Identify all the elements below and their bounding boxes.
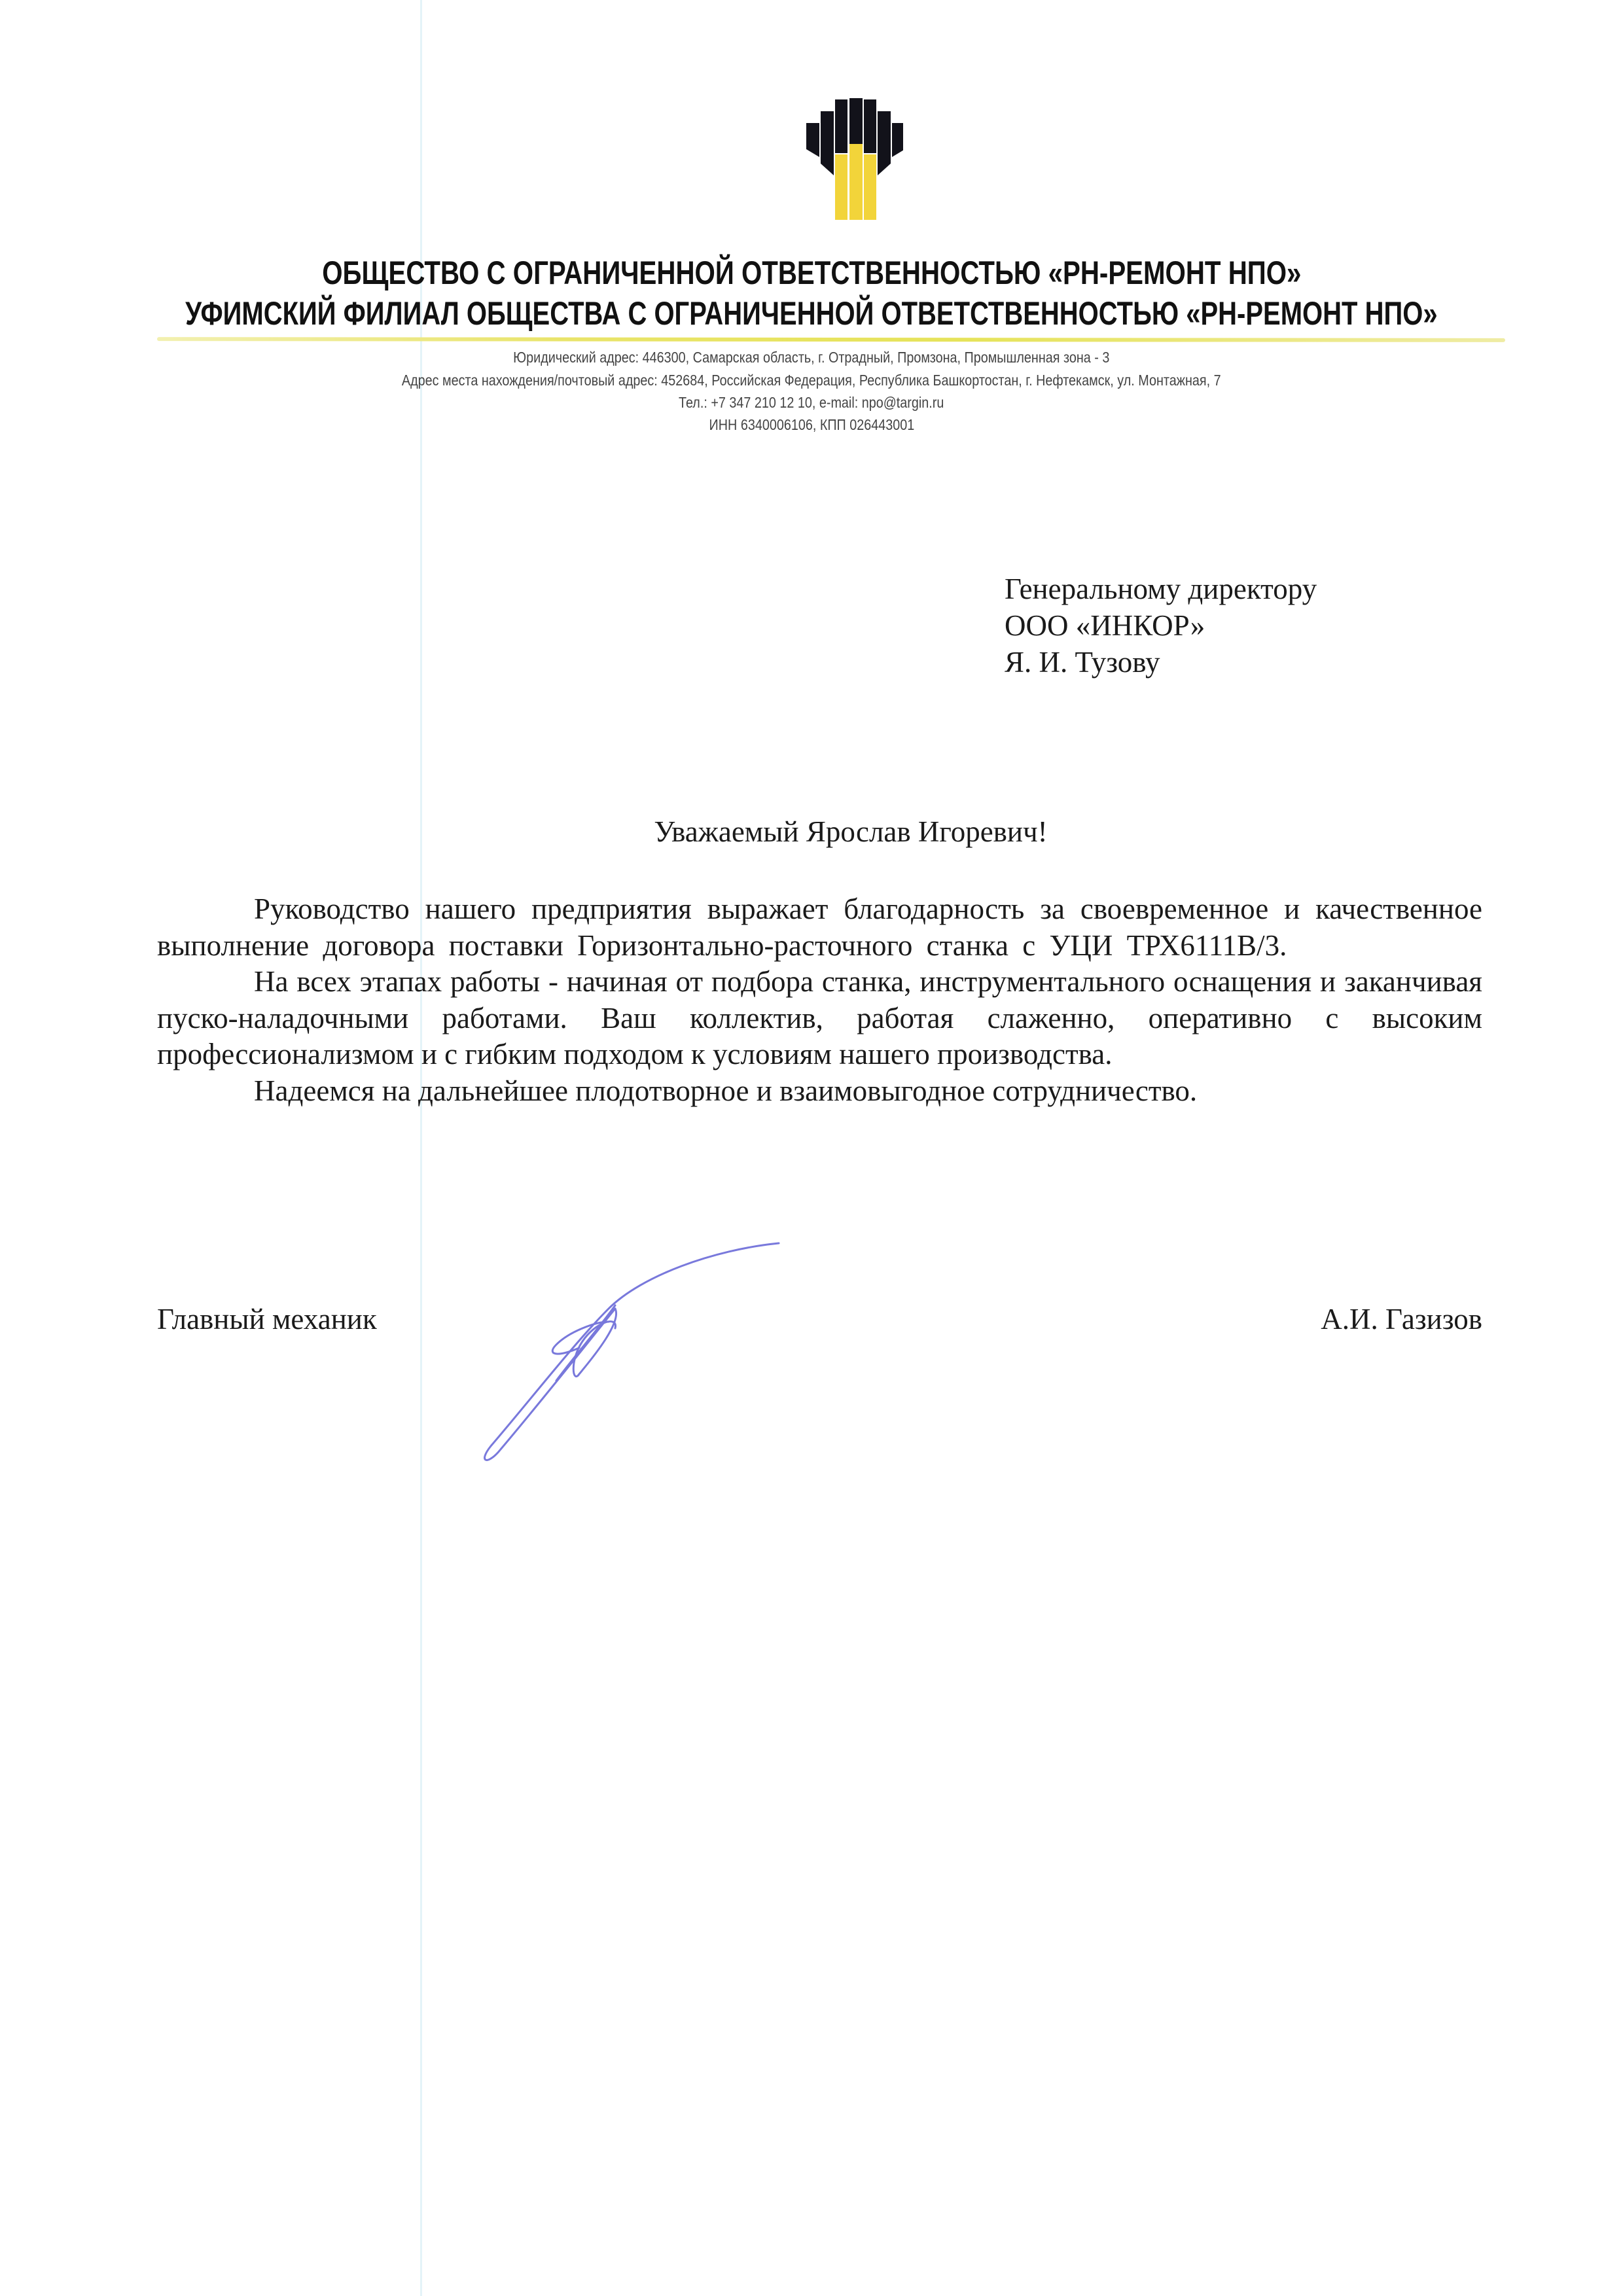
body-paragraph: Надеемся на дальнейшее плодотворное и вз…: [157, 1073, 1482, 1110]
addressee-position: Генеральному директору: [1005, 571, 1317, 607]
company-title-line-1: ОБЩЕСТВО С ОГРАНИЧЕННОЙ ОТВЕТСТВЕННОСТЬЮ…: [0, 254, 1623, 292]
signer-role: Главный механик: [157, 1302, 377, 1336]
tax-ids-text: ИНН 6340006106, КПП 026443001: [709, 416, 914, 434]
scan-artifact-line: [420, 0, 422, 2296]
handwritten-signature-icon: [425, 1224, 818, 1472]
signer-name: А.И. Газизов: [1321, 1302, 1482, 1336]
salutation: Уважаемый Ярослав Игоревич!: [0, 815, 1623, 849]
postal-address: Адрес места нахождения/почтовый адрес: 4…: [0, 372, 1623, 389]
addressee-company: ООО «ИНКОР»: [1005, 607, 1317, 644]
addressee-block: Генеральному директору ООО «ИНКОР» Я. И.…: [1005, 571, 1317, 680]
postal-address-text: Адрес места нахождения/почтовый адрес: 4…: [402, 372, 1221, 389]
contacts-text: Тел.: +7 347 210 12 10, e-mail: npo@targ…: [679, 394, 944, 412]
letter-body: Руководство нашего предприятия выражает …: [157, 891, 1482, 1109]
company-title-line-2: УФИМСКИЙ ФИЛИАЛ ОБЩЕСТВА С ОГРАНИЧЕННОЙ …: [0, 294, 1623, 332]
legal-address: Юридический адрес: 446300, Самарская обл…: [0, 349, 1623, 366]
body-paragraph: На всех этапах работы - начиная от подбо…: [157, 964, 1482, 1073]
tax-ids: ИНН 6340006106, КПП 026443001: [0, 416, 1623, 434]
header-divider: [157, 337, 1505, 342]
body-paragraph: Руководство нашего предприятия выражает …: [157, 891, 1482, 964]
contacts: Тел.: +7 347 210 12 10, e-mail: npo@targ…: [0, 394, 1623, 412]
addressee-name: Я. И. Тузову: [1005, 644, 1317, 680]
company-title-text-2: УФИМСКИЙ ФИЛИАЛ ОБЩЕСТВА С ОГРАНИЧЕННОЙ …: [185, 294, 1437, 332]
company-title-text-1: ОБЩЕСТВО С ОГРАНИЧЕННОЙ ОТВЕТСТВЕННОСТЬЮ…: [322, 254, 1301, 292]
legal-address-text: Юридический адрес: 446300, Самарская обл…: [513, 349, 1109, 366]
rosneft-logo-icon: [798, 98, 903, 222]
